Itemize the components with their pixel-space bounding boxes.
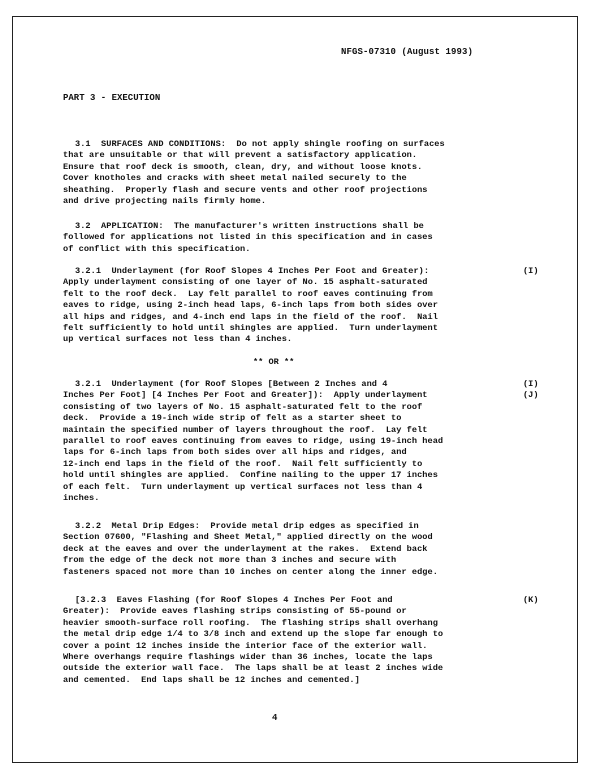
paragraph-line: all hips and ridges, and 4-inch end laps…: [63, 312, 503, 323]
paragraph-line: that are unsuitable or that will prevent…: [63, 150, 503, 161]
paragraph-line: and drive projecting nails firmly home.: [63, 196, 503, 207]
paragraph-line: the metal drip edge 1/4 to 3/8 inch and …: [63, 629, 503, 640]
paragraph-line: eaves to ridge, using 2-inch head laps, …: [63, 300, 503, 311]
paragraph-line: parallel to roof eaves continuing from e…: [63, 436, 503, 447]
document-id-header: NFGS-07310 (August 1993): [341, 47, 473, 57]
paragraph-line: laps for 6-inch laps from both sides ove…: [63, 447, 503, 458]
paragraph-line: 3.2.1 Underlayment (for Roof Slopes [Bet…: [63, 379, 503, 390]
paragraph-line: hold until shingles are applied. Confine…: [63, 470, 503, 481]
paragraph-line: Greater): Provide eaves flashing strips …: [63, 606, 503, 617]
paragraph-3-2-1-single-layer: 3.2.1 Underlayment (for Roof Slopes 4 In…: [63, 266, 503, 346]
revision-tag: (I): [523, 379, 538, 389]
part-heading: PART 3 - EXECUTION: [63, 93, 160, 103]
paragraph-line: from the edge of the deck not more than …: [63, 555, 503, 566]
paragraph-line: felt sufficiently to hold until shingles…: [63, 323, 503, 334]
paragraph-line: 3.2.1 Underlayment (for Roof Slopes 4 In…: [63, 266, 503, 277]
paragraph-line: Ensure that roof deck is smooth, clean, …: [63, 162, 503, 173]
paragraph-line: 12-inch end laps in the field of the roo…: [63, 459, 503, 470]
paragraph-line: [3.2.3 Eaves Flashing (for Roof Slopes 4…: [63, 595, 503, 606]
paragraph-line: outside the exterior wall face. The laps…: [63, 663, 503, 674]
paragraph-line: cover a point 12 inches inside the inter…: [63, 641, 503, 652]
paragraph-3-2-1-two-layer: 3.2.1 Underlayment (for Roof Slopes [Bet…: [63, 379, 503, 504]
paragraph-line: consisting of two layers of No. 15 aspha…: [63, 402, 503, 413]
paragraph-line: of conflict with this specification.: [63, 244, 503, 255]
paragraph-line: maintain the specified number of layers …: [63, 425, 503, 436]
page-number: 4: [272, 713, 277, 723]
paragraph-line: Where overhangs require flashings wider …: [63, 652, 503, 663]
paragraph-line: Inches Per Foot] [4 Inches Per Foot and …: [63, 390, 503, 401]
paragraph-line: fasteners spaced not more than 10 inches…: [63, 567, 503, 578]
paragraph-line: 3.1 SURFACES AND CONDITIONS: Do not appl…: [63, 139, 503, 150]
paragraph-line: of each felt. Turn underlayment up verti…: [63, 482, 503, 493]
paragraph-line: Cover knotholes and cracks with sheet me…: [63, 173, 503, 184]
paragraph-3-2-2: 3.2.2 Metal Drip Edges: Provide metal dr…: [63, 521, 503, 578]
revision-tag: (K): [523, 595, 538, 605]
paragraph-line: 3.2 APPLICATION: The manufacturer's writ…: [63, 221, 503, 232]
paragraph-3-2: 3.2 APPLICATION: The manufacturer's writ…: [63, 221, 503, 255]
revision-tag: (I): [523, 266, 538, 276]
paragraph-line: up vertical surfaces not less than 4 inc…: [63, 334, 503, 345]
paragraph-line: and cemented. End laps shall be 12 inche…: [63, 675, 503, 686]
paragraph-3-2-3: [3.2.3 Eaves Flashing (for Roof Slopes 4…: [63, 595, 503, 686]
paragraph-line: deck at the eaves and over the underlaym…: [63, 544, 503, 555]
paragraph-line: followed for applications not listed in …: [63, 232, 503, 243]
paragraph-line: inches.: [63, 493, 503, 504]
revision-tag: (J): [523, 390, 538, 400]
paragraph-line: Section 07600, "Flashing and Sheet Metal…: [63, 532, 503, 543]
paragraph-line: heavier smooth-surface roll roofing. The…: [63, 618, 503, 629]
paragraph-line: felt to the roof deck. Lay felt parallel…: [63, 289, 503, 300]
paragraph-3-1: 3.1 SURFACES AND CONDITIONS: Do not appl…: [63, 139, 503, 207]
paragraph-line: 3.2.2 Metal Drip Edges: Provide metal dr…: [63, 521, 503, 532]
paragraph-line: Apply underlayment consisting of one lay…: [63, 277, 503, 288]
or-separator: ** OR **: [253, 357, 294, 367]
paragraph-line: deck. Provide a 19-inch wide strip of fe…: [63, 413, 503, 424]
paragraph-line: sheathing. Properly flash and secure ven…: [63, 185, 503, 196]
